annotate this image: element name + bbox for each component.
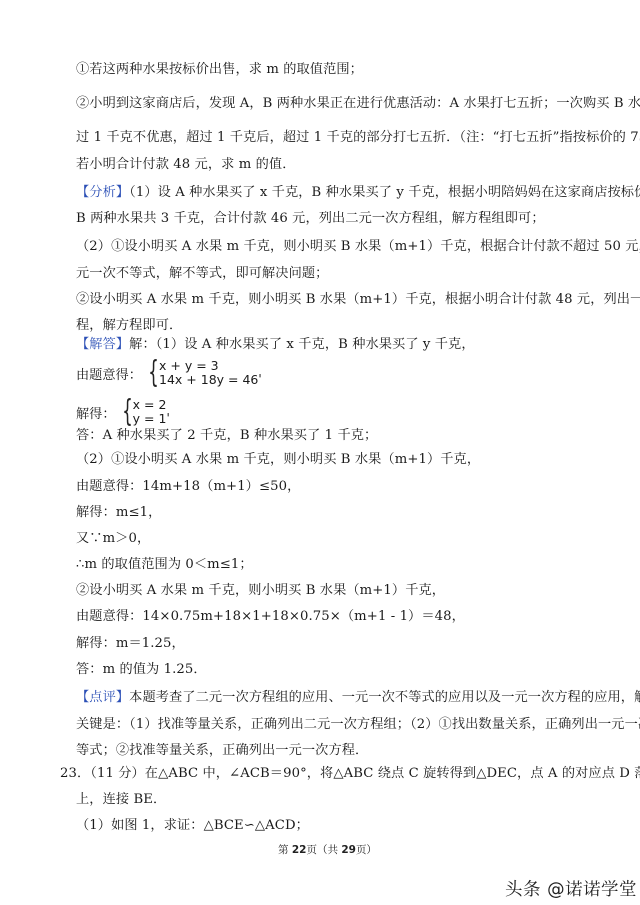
brace-icon: { [122, 397, 133, 427]
text-line: 过 1 千克不优惠，超过 1 千克后，超过 1 千克的部分打七五折．（注：“打七… [76, 130, 640, 146]
equation: y = 1 [133, 412, 167, 426]
text-line: （1）设 A 种水果买了 x 千克，B 种水果买了 y 千克，根据小明陪妈妈在这… [129, 185, 640, 200]
solution-paragraph: 【解答】解：（1）设 A 种水果买了 x 千克，B 种水果买了 y 千克， [76, 337, 475, 353]
current-page-number: 22 [292, 844, 307, 856]
page-footer: 第 22页（共 29页） [278, 842, 377, 857]
equation-system-2: 解得： { x = 2 y = 1 ' [76, 397, 170, 427]
total-pages: 29 [341, 844, 356, 856]
watermark: 头条 @诺诺学堂 [505, 876, 637, 901]
equation: x = 2 [133, 398, 167, 412]
comment-paragraph: 【点评】本题考查了二元一次方程组的应用、一元一次不等式的应用以及一元一次方程的应… [76, 690, 640, 706]
analysis-paragraph: 【分析】（1）设 A 种水果买了 x 千克，B 种水果买了 y 千克，根据小明陪… [76, 185, 640, 201]
text-line: ②设小明买 A 水果 m 千克，则小明买 B 水果（m+1）千克， [76, 583, 445, 599]
text-line: ②设小明买 A 水果 m 千克，则小明买 B 水果（m+1）千克，根据小明合计付… [76, 292, 640, 308]
system-label: 解得： [76, 403, 116, 422]
text-line: 答：A 种水果买了 2 千克，B 种水果买了 1 千克； [76, 428, 377, 444]
text-line: 由题意得：14m+18（m+1）≤50， [76, 479, 300, 495]
text-line: 上，连接 BE． [76, 792, 166, 808]
document-page: ①若这两种水果按标价出售，求 m 的取值范围； ②小明到这家商店后，发现 A，B… [0, 0, 640, 905]
text-line: 又∵m＞0， [76, 531, 150, 547]
text-line: 解：（1）设 A 种水果买了 x 千克，B 种水果买了 y 千克， [129, 337, 474, 352]
text-line: ②小明到这家商店后，发现 A，B 两种水果正在进行优惠活动：A 水果打七五折；一… [76, 96, 640, 112]
equation: x + y = 3 [159, 359, 258, 373]
text-line: B 两种水果共 3 千克，合计付款 46 元，列出二元一次方程组，解方程组即可； [76, 211, 545, 227]
text-line: 等式；②找准等量关系，正确列出一元一次方程． [76, 743, 368, 759]
text-line: ∴m 的取值范围为 0＜m≤1； [76, 557, 253, 573]
comment-tag: 【点评】 [76, 690, 129, 705]
equation-system-1: 由题意得： { x + y = 3 14x + 18y = 46 ' [76, 358, 262, 388]
text-line: 若小明合计付款 48 元，求 m 的值． [76, 157, 296, 173]
text-line: （2）①设小明买 A 水果 m 千克，则小明买 B 水果（m+1）千克， [76, 452, 480, 468]
text-line: 答：m 的值为 1.25． [76, 662, 207, 678]
text-line: 元一次不等式，解不等式，即可解决问题； [76, 266, 328, 282]
analysis-tag: 【分析】 [76, 185, 129, 200]
question-23-part-1: （1）如图 1，求证：△BCE∽△ACD； [76, 818, 309, 834]
text-line: ①若这两种水果按标价出售，求 m 的取值范围； [76, 62, 363, 78]
question-23-stem: 23．（11 分）在△ABC 中，∠ACB＝90°，将△ABC 绕点 C 旋转得… [60, 766, 640, 782]
solution-tag: 【解答】 [76, 337, 129, 352]
system-label: 由题意得： [76, 364, 142, 383]
text-line: 由题意得：14×0.75m+18×1+18×0.75×（m+1 - 1）＝48， [76, 609, 465, 625]
text-line: 程，解方程即可． [76, 318, 182, 334]
text-line: 本题考查了二元一次方程组的应用、一元一次不等式的应用以及一元一次方程的应用，解题… [129, 690, 640, 705]
brace-icon: { [148, 358, 159, 388]
equation: 14x + 18y = 46 [159, 373, 258, 387]
text-line: （2）①设小明买 A 水果 m 千克，则小明买 B 水果（m+1）千克，根据合计… [76, 239, 640, 255]
text-line: 解得：m≤1， [76, 505, 161, 521]
text-line: 解得：m＝1.25， [76, 636, 185, 652]
text-line: 关键是：（1）找准等量关系，正确列出二元一次方程组；（2）①找出数量关系，正确列… [76, 717, 640, 733]
